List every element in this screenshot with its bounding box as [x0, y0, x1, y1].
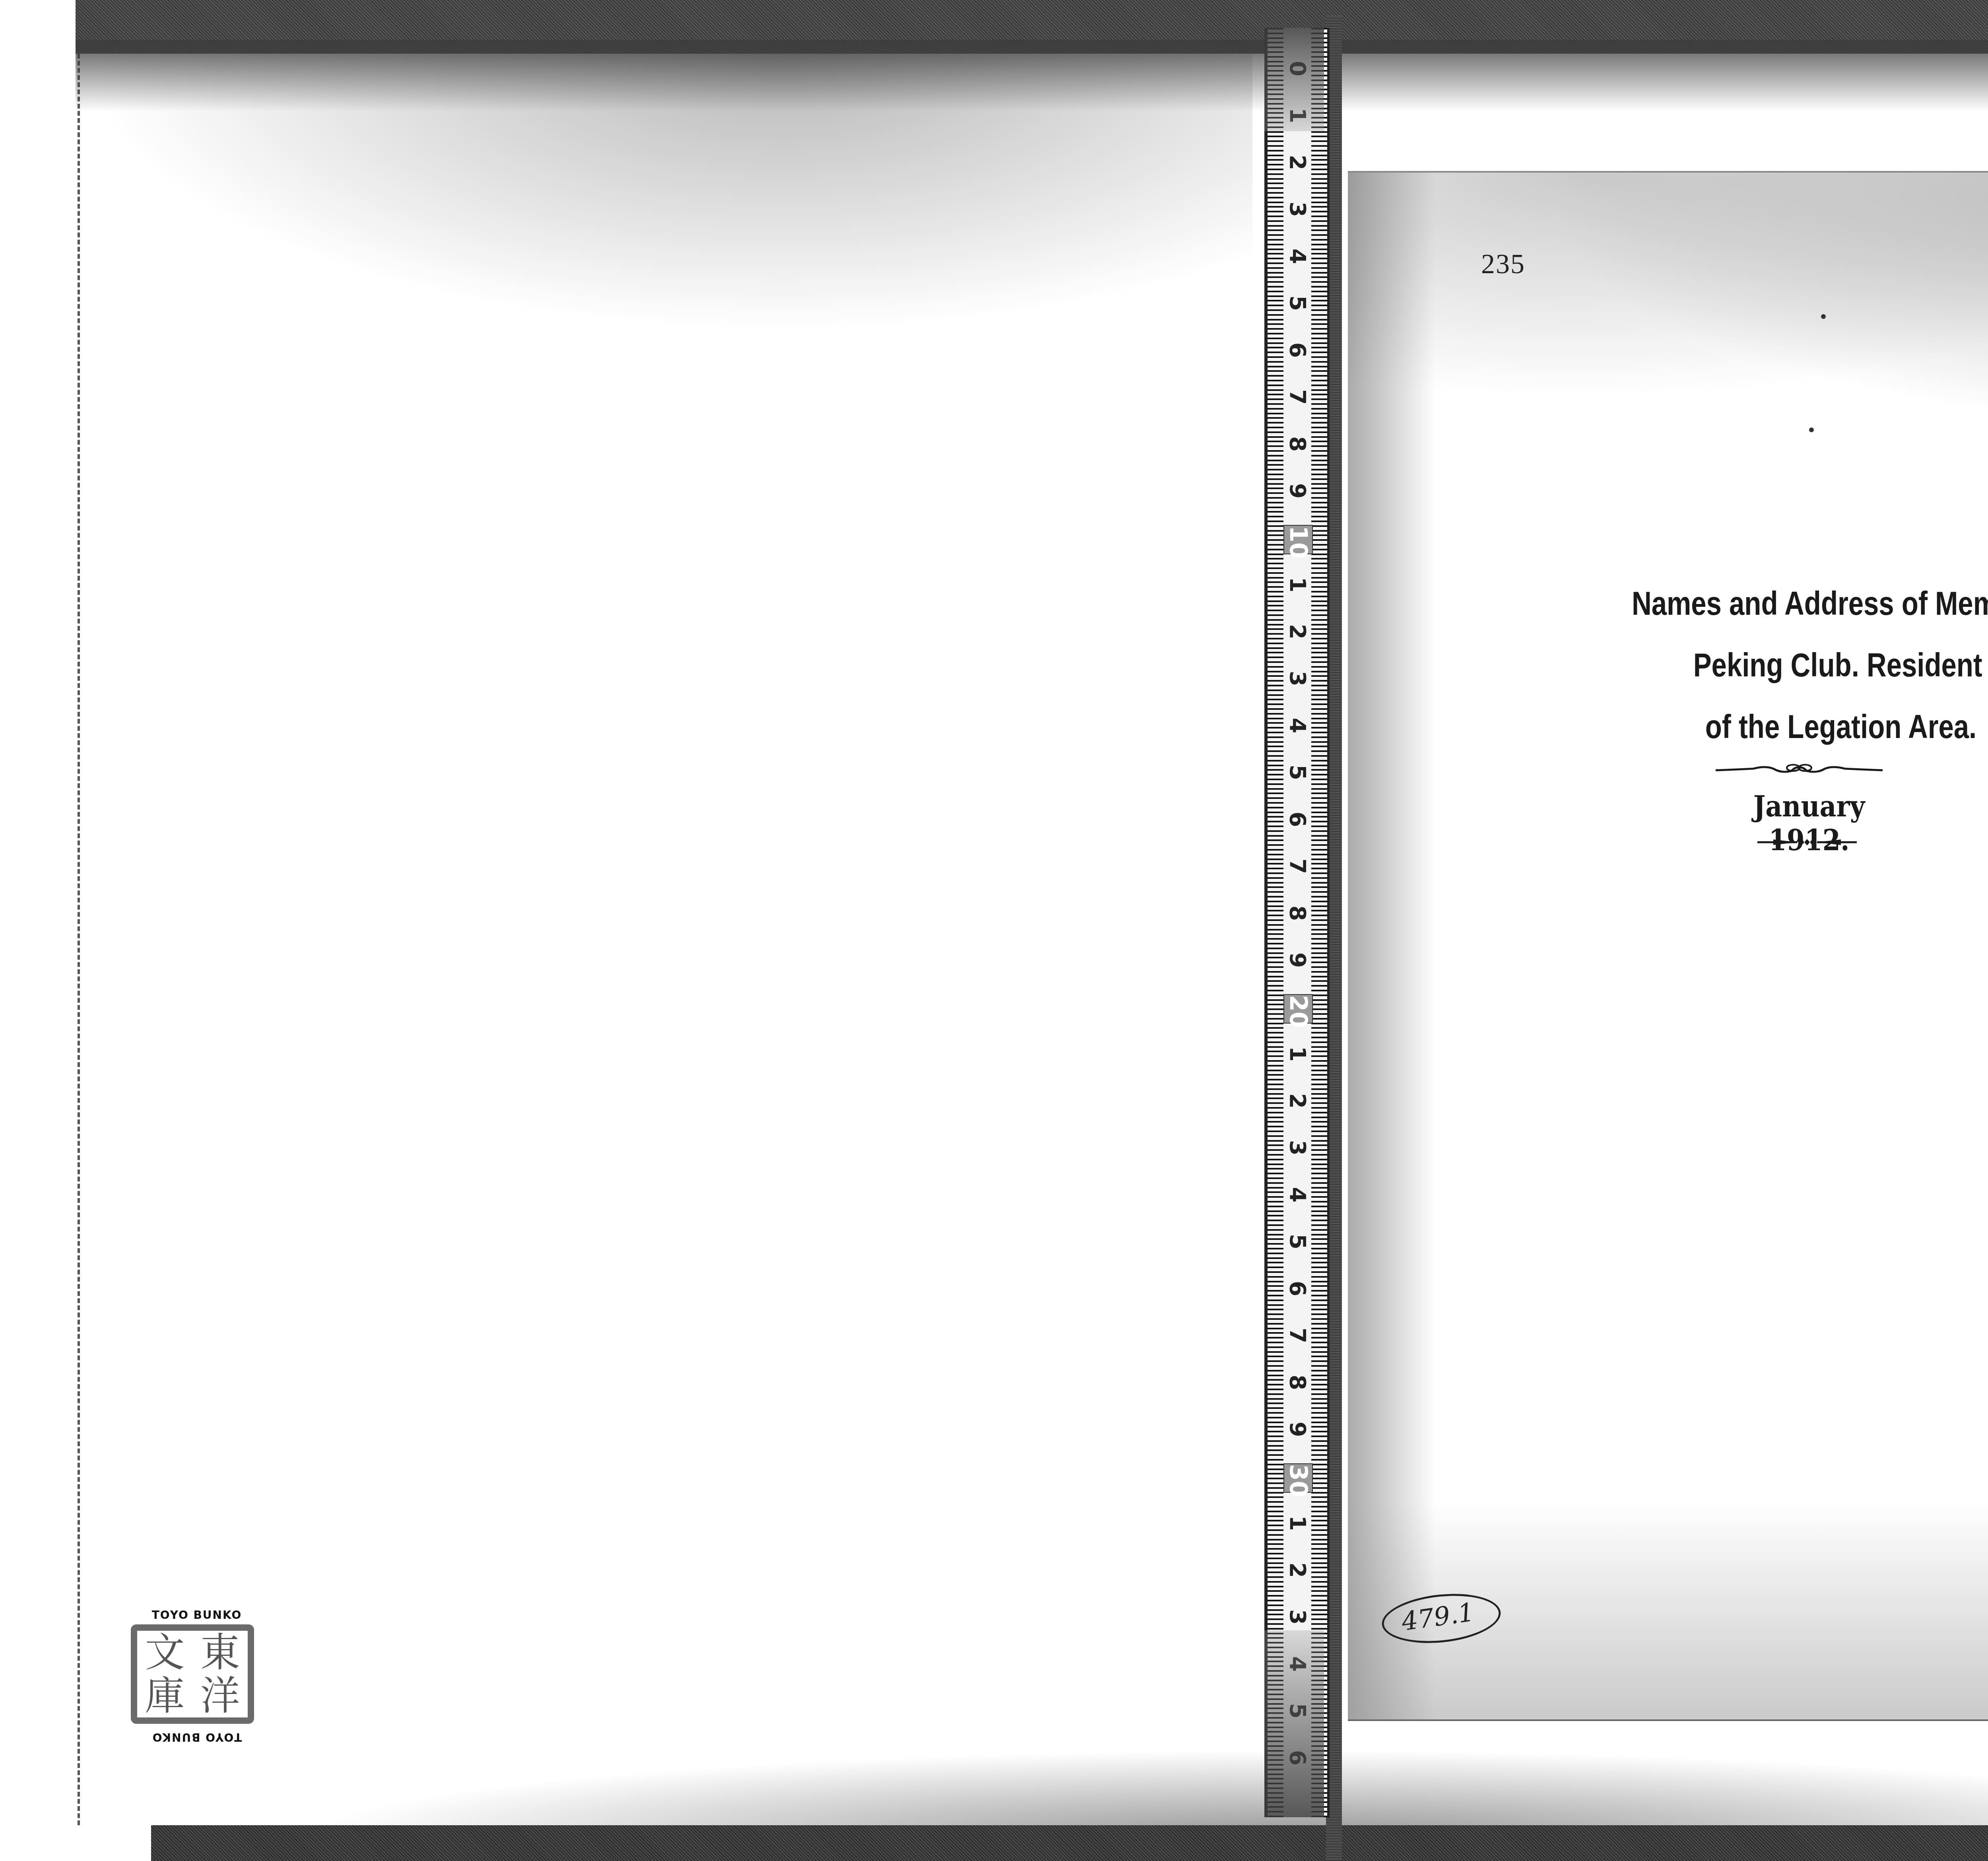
ruler-label: 8	[1285, 1369, 1310, 1397]
ruler-label: 3	[1285, 196, 1310, 223]
ruler-label: 7	[1285, 853, 1310, 880]
ruler-label: 1	[1285, 1509, 1310, 1537]
ruler-label: 9	[1285, 946, 1310, 974]
ruler-label: 1	[1285, 571, 1310, 599]
title-line-3: of the Legation Area.	[1505, 696, 1988, 758]
ruler-shadow-bottom	[1264, 1630, 1324, 1817]
title-block: Names and Address of Members of the Peki…	[1535, 573, 1988, 758]
ruler-ticks-right	[1311, 28, 1327, 1817]
speck	[1809, 427, 1814, 432]
foxing-stains-top	[1348, 173, 1988, 491]
handwritten-catalog-number: 479.1	[1382, 1595, 1501, 1642]
ruler-label: 2	[1285, 1087, 1310, 1115]
right-page	[1348, 171, 1988, 1721]
ruler-label: 7	[1285, 1322, 1310, 1350]
ruler-label: 4	[1285, 243, 1310, 270]
ruler-label: 6	[1285, 336, 1310, 364]
ruler-label: 8	[1285, 430, 1310, 458]
gutter-shadow	[1348, 173, 1435, 1719]
seal-icon: 文 東 庫 洋	[131, 1624, 254, 1724]
ruler-label: 9	[1285, 1416, 1310, 1443]
scanner-shadow-top	[76, 40, 1988, 111]
ruler-label: 3	[1285, 665, 1310, 693]
ruler-label: 5	[1285, 759, 1310, 787]
ruler-label: 2	[1285, 149, 1310, 177]
ruler-label: 3	[1285, 1603, 1310, 1631]
ruler-label: 4	[1285, 712, 1310, 740]
ruler-label: 8	[1285, 899, 1310, 927]
ruler-shadow-top	[1264, 28, 1324, 131]
ruler-label: 5	[1285, 289, 1310, 317]
ruler-label: 7	[1285, 383, 1310, 411]
toyo-bunko-stamp-bottom-left: TOYO BUNKO 文 東 庫 洋 TOYO BUNKO	[129, 1608, 264, 1744]
ornament-divider-icon	[1714, 761, 1885, 777]
speck	[1821, 314, 1826, 319]
scanner-shadow-bottom	[302, 1750, 1988, 1837]
ruler-label: 4	[1285, 1181, 1310, 1209]
ruler-label: 1	[1285, 1040, 1310, 1068]
page-number: 235	[1481, 249, 1525, 280]
title-line-2: Peking Club. Resident Outside	[1599, 634, 1988, 696]
title-line-1: Names and Address of Members of the	[1585, 573, 1988, 634]
ruler-label: 3	[1285, 1134, 1310, 1162]
ruler-label: 20	[1283, 994, 1313, 1024]
ruler-label: 2	[1285, 1556, 1310, 1584]
ruler-label: 9	[1285, 477, 1310, 505]
ruler-label: 5	[1285, 1228, 1310, 1256]
scanner-background-bottom	[151, 1825, 1988, 1861]
ruler-label: 10	[1283, 525, 1313, 554]
ruler-label: 6	[1285, 806, 1310, 833]
measuring-ruler: 0123456789101234567892012345678930123456	[1264, 28, 1330, 1817]
ornament-rule-icon	[1757, 837, 1857, 847]
ruler-label: 2	[1285, 618, 1310, 646]
ruler-label: 30	[1283, 1463, 1313, 1493]
ruler-label: 6	[1285, 1275, 1310, 1303]
ruler-ticks-left	[1268, 28, 1283, 1817]
